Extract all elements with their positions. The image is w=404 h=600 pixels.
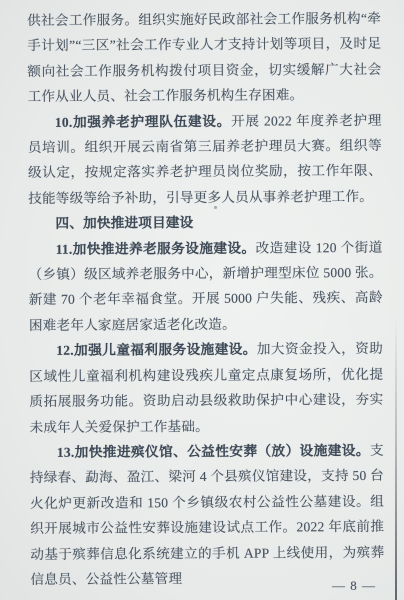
paragraph-lead: 13.加快推进殡仪馆、公益性安葬（放）设施建设。	[57, 443, 370, 460]
scan-edge-line	[395, 315, 397, 600]
paragraph-text: 支持绿春、勐海、盈江、梁河 4 个县殡仪馆建设，支持 50 台火化炉更新改造和 …	[30, 443, 385, 587]
paragraph-text: 供社会工作服务。组织实施好民政部社会工作服务机构“牵手计划”“三区”社会工作专业…	[27, 11, 381, 104]
document-body: 供社会工作服务。组织实施好民政部社会工作服务机构“牵手计划”“三区”社会工作专业…	[27, 6, 385, 592]
paragraph: 11.加快推进养老服务设施建设。改造建设 120 个街道（乡镇）级区域养老服务中…	[28, 234, 383, 338]
paragraph-text: 四、加快推进项目建设	[55, 215, 193, 231]
scanned-document-page: 供社会工作服务。组织实施好民政部社会工作服务机构“牵手计划”“三区”社会工作专业…	[0, 0, 404, 600]
paragraph: 10.加强养老护理队伍建设。开展 2022 年度养老护理员培训。组织开展云南省第…	[28, 107, 383, 211]
paragraph: 供社会工作服务。组织实施好民政部社会工作服务机构“牵手计划”“三区”社会工作专业…	[27, 6, 382, 110]
paragraph: 12.加强儿童福利服务设施建设。加大资金投入，资助区域性儿童福利机构建设残疾儿童…	[29, 336, 384, 440]
section-heading: 四、加快推进项目建设	[28, 209, 382, 237]
paragraph-lead: 12.加强儿童福利服务设施建设。	[56, 342, 257, 358]
paragraph-lead: 11.加快推进养老服务设施建设。	[56, 240, 256, 256]
paragraph-lead: 10.加强养老护理队伍建设。	[55, 113, 231, 129]
page-number: — 8 —	[332, 578, 376, 594]
scan-speck-artifact	[214, 206, 217, 209]
paragraph: 13.加快推进殡仪馆、公益性安葬（放）设施建设。支持绿春、勐海、盈江、梁河 4 …	[30, 438, 385, 593]
